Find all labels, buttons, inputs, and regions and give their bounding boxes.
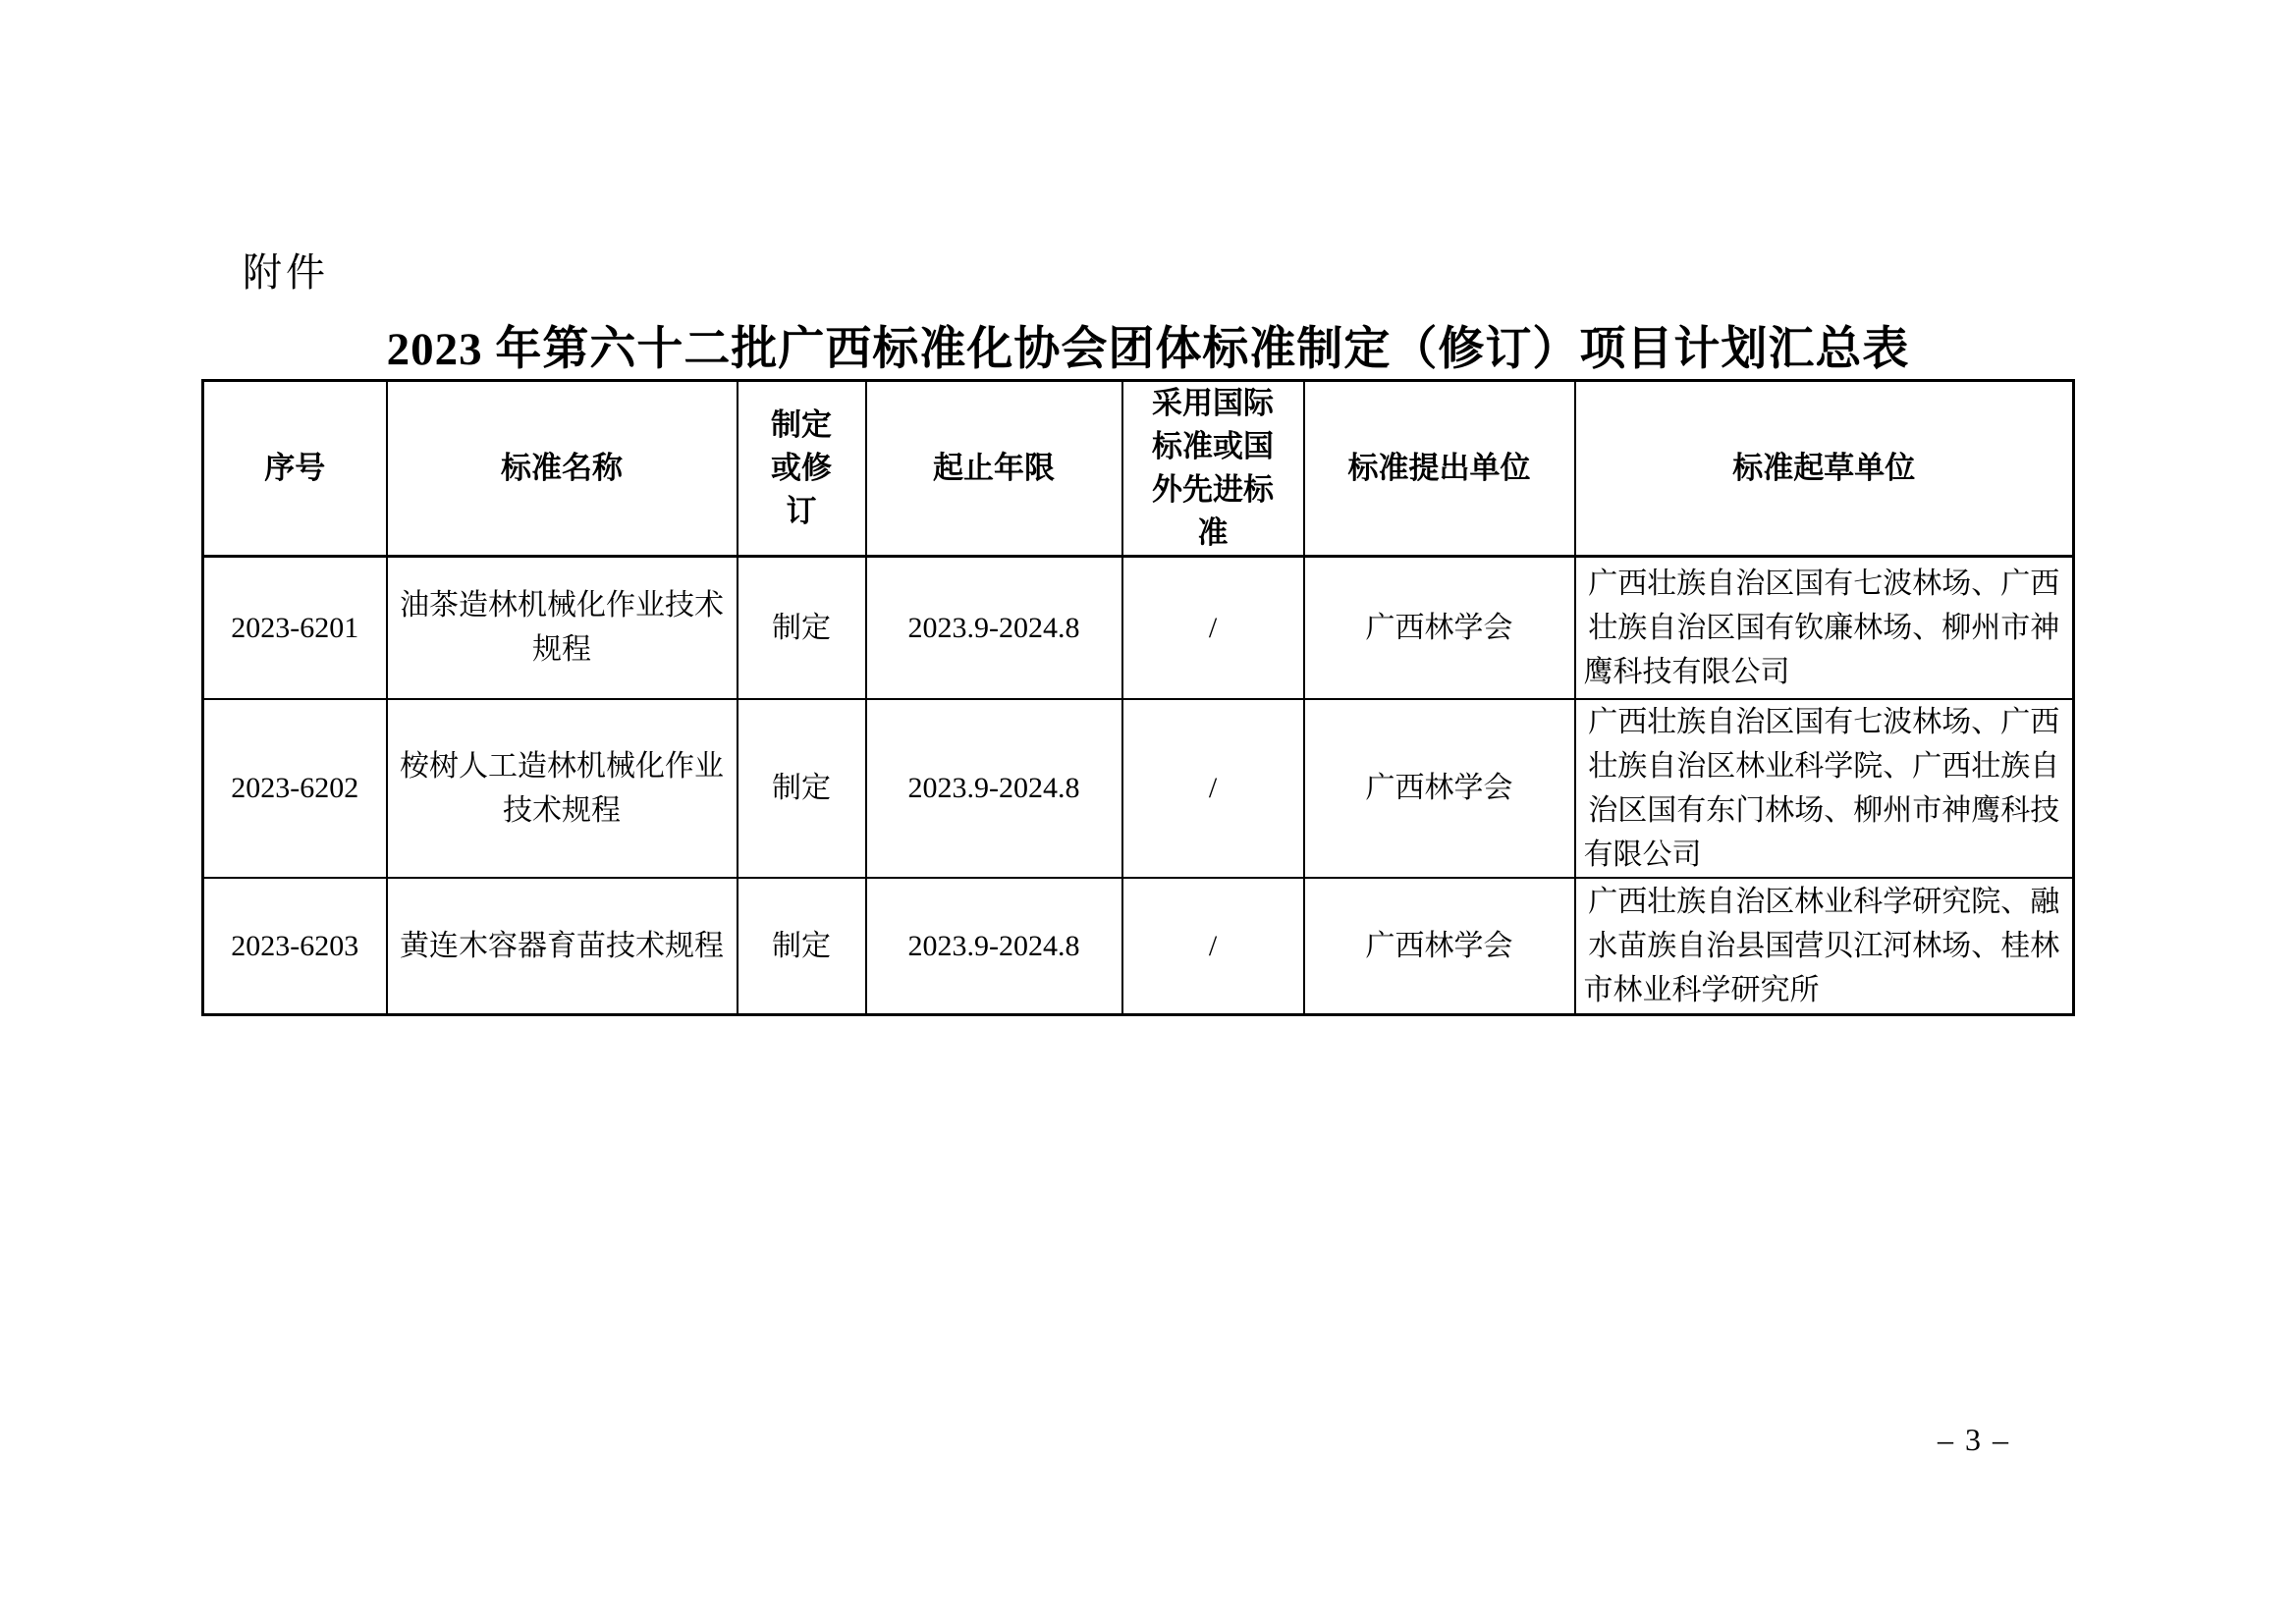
table-header-row: 序号 标准名称 制定或修订 起止年限 采用国际标准或国外先进标准 标准提出单位 … [203, 381, 2074, 557]
cell-drafters: 广西壮族自治区林业科学研究院、融水苗族自治县国营贝江河林场、桂林市林业科学研究所 [1575, 878, 2074, 1015]
col-header-seq: 序号 [203, 381, 387, 557]
table-row: 2023-6201 油茶造林机械化作业技术规程 制定 2023.9-2024.8… [203, 557, 2074, 699]
document-page: 附件 2023 年第六十二批广西标准化协会团体标准制定（修订）项目计划汇总表 序… [0, 0, 2296, 1623]
col-header-period: 起止年限 [866, 381, 1122, 557]
col-header-type-label: 制定或修订 [766, 404, 836, 533]
cell-seq: 2023-6202 [203, 699, 387, 878]
cell-period: 2023.9-2024.8 [866, 699, 1122, 878]
cell-intl-standard: / [1122, 557, 1304, 699]
standards-plan-table: 序号 标准名称 制定或修订 起止年限 采用国际标准或国外先进标准 标准提出单位 … [201, 379, 2075, 1016]
page-number: – 3 – [1895, 1422, 2052, 1458]
cell-type: 制定 [738, 878, 866, 1015]
attachment-label: 附件 [243, 242, 329, 298]
table-row: 2023-6203 黄连木容器育苗技术规程 制定 2023.9-2024.8 /… [203, 878, 2074, 1015]
cell-drafters: 广西壮族自治区国有七波林场、广西壮族自治区国有钦廉林场、柳州市神鹰科技有限公司 [1575, 557, 2074, 699]
col-header-intl-standard: 采用国际标准或国外先进标准 [1122, 381, 1304, 557]
cell-seq: 2023-6201 [203, 557, 387, 699]
cell-proposer: 广西林学会 [1304, 557, 1575, 699]
cell-drafters: 广西壮族自治区国有七波林场、广西壮族自治区林业科学院、广西壮族自治区国有东门林场… [1575, 699, 2074, 878]
cell-period: 2023.9-2024.8 [866, 557, 1122, 699]
col-header-drafters: 标准起草单位 [1575, 381, 2074, 557]
cell-intl-standard: / [1122, 878, 1304, 1015]
cell-type: 制定 [738, 699, 866, 878]
cell-intl-standard: / [1122, 699, 1304, 878]
col-header-type: 制定或修订 [738, 381, 866, 557]
col-header-proposer: 标准提出单位 [1304, 381, 1575, 557]
cell-period: 2023.9-2024.8 [866, 878, 1122, 1015]
page-title: 2023 年第六十二批广西标准化协会团体标准制定（修订）项目计划汇总表 [0, 312, 2296, 378]
cell-proposer: 广西林学会 [1304, 878, 1575, 1015]
cell-standard-name: 黄连木容器育苗技术规程 [387, 878, 738, 1015]
cell-standard-name: 油茶造林机械化作业技术规程 [387, 557, 738, 699]
cell-proposer: 广西林学会 [1304, 699, 1575, 878]
cell-standard-name: 桉树人工造林机械化作业技术规程 [387, 699, 738, 878]
table-row: 2023-6202 桉树人工造林机械化作业技术规程 制定 2023.9-2024… [203, 699, 2074, 878]
cell-seq: 2023-6203 [203, 878, 387, 1015]
col-header-intl-standard-label: 采用国际标准或国外先进标准 [1145, 382, 1281, 555]
cell-type: 制定 [738, 557, 866, 699]
col-header-standard-name: 标准名称 [387, 381, 738, 557]
